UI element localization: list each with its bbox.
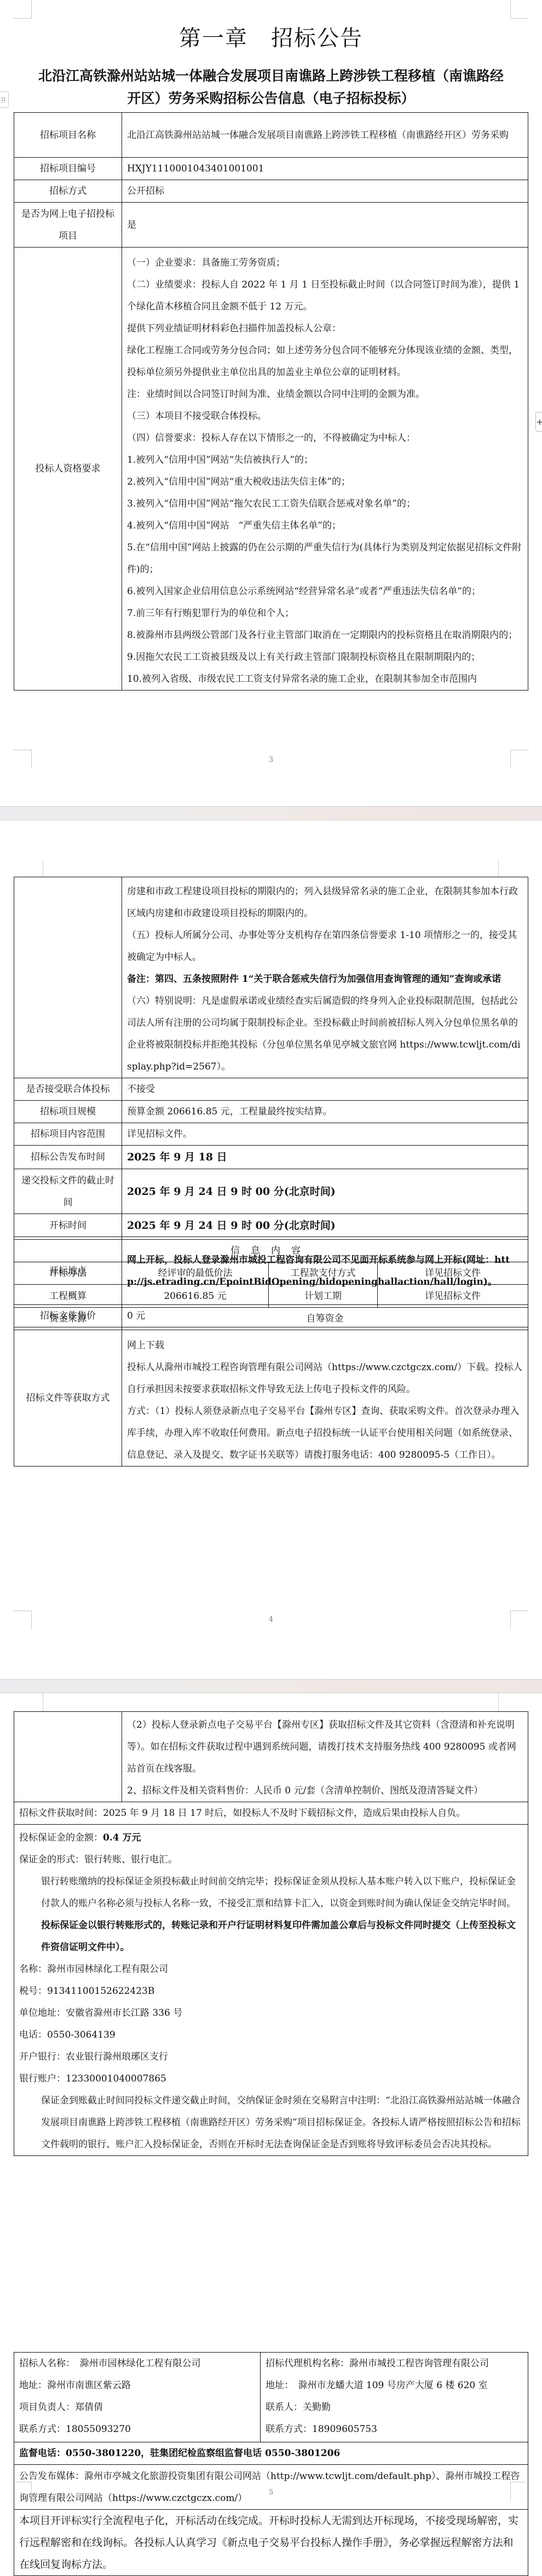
crop-mark (498, 860, 499, 877)
text-line: 网上下载 (127, 1335, 523, 1356)
row-value: 公开招标 (122, 180, 528, 203)
row-value: 详见招标文件 (378, 1262, 528, 1285)
table-row: 投标人资格要求 （一）企业要求：具备施工劳务资质； （二）业绩要求：投标人自 2… (14, 248, 528, 691)
table-row: 招标文件等获取方式 网上下载 投标人从滁州市城投工程咨询管理有限公司网站（htt… (14, 1330, 528, 1467)
table-row: 是否为网上电子招投标项目 是 (14, 203, 528, 248)
row-value: 是 (122, 203, 528, 248)
crop-mark (13, 0, 32, 19)
special-note: （六）特别说明：凡是虚假承诺或业绩经查实后属造假的终身列入企业投标限制范围，包括… (127, 990, 523, 1078)
row-value: 2025 年 9 月 24 日 9 时 00 分(北京时间) (122, 1214, 528, 1237)
table-row: 信息内容 (14, 1240, 528, 1262)
text-line: 4.被列入“信用中国”网站 “严重失信主体名单”的； (127, 515, 523, 537)
table-row: 本项目开评标实行全流程电子化，开标活动在线完成。开标时投标人无需到达开标现场，不… (14, 2510, 528, 2576)
agency-contact: 联系人：关勤勤 (266, 2396, 523, 2418)
table-move-handle[interactable] (0, 91, 9, 108)
deposit-amount-value: 0.4 万元 (103, 1832, 141, 1843)
obtain-content: 网上下载 投标人从滁州市城投工程咨询管理有限公司网站（https://www.c… (122, 1330, 528, 1467)
table-row: 招标公告发布时间 2025 年 9 月 18 日 (14, 1146, 528, 1169)
table-row: 开标时间 2025 年 9 月 24 日 9 时 00 分(北京时间) (14, 1214, 528, 1237)
row-label: 工程概算 (14, 1285, 122, 1308)
table-row: 是否接受联合体投标 不接受 (14, 1078, 528, 1101)
obtain-content-continued: （2）投标人登录新点电子交易平台【滁州专区】获取招标文件及其它资料（含澄清和补充… (122, 1712, 528, 1802)
table-row: 招标项目名称 北沿江高铁滁州站站城一体融合发展项目南谯路上跨涉铁工程移植（南谯路… (14, 113, 528, 158)
agency-info: 招标代理机构名称：滁州市城投工程咨询管理有限公司 地址： 滁州市龙蟠大道 109… (261, 2353, 528, 2442)
text-line: 1.被列入“信用中国”网站“失信被执行人”的； (127, 449, 523, 471)
row-label: 是否接受联合体投标 (14, 1078, 122, 1101)
text-line: （三）本项目不接受联合体投标。 (127, 405, 523, 427)
row-value: 2025 年 9 月 18 日 (122, 1146, 528, 1169)
add-row-button[interactable]: + (535, 412, 542, 432)
deposit-form: 保证金的形式：银行转账、银行电汇。 (19, 1849, 523, 1871)
row-label: 资金来源 (14, 1308, 122, 1330)
announcement-table-part-1: 招标项目名称 北沿江高铁滁州站站城一体融合发展项目南谯路上跨涉铁工程移植（南谯路… (14, 112, 528, 691)
account-name: 名称：滁州市园林绿化工程有限公司 (19, 1958, 523, 1980)
qualification-content-continued: 房建和市政工程建设项目投标的期限内的；列入县级异常名录的施工企业，在限制其参加本… (122, 877, 528, 1078)
page-number: 3 (0, 756, 542, 764)
row-label: 工程款支付方式 (269, 1262, 378, 1285)
text-line: 3.被列入“信用中国”网站“拖欠农民工工资失信联合惩戒对象名单”的； (127, 493, 523, 515)
unit-address: 单位地址：安徽省滁州市长江路 336 号 (19, 2002, 523, 2024)
row-value: HXJY1110001043401001001 (122, 158, 528, 180)
page-break (0, 806, 542, 820)
tenderer-address: 地址：滁州市南谯区紫云路 (19, 2374, 255, 2396)
agency-address: 地址： 滁州市龙蟠大道 109 号房产大厦 6 楼 620 室 (266, 2374, 523, 2396)
tenderer-info: 招标人名称： 滁州市园林绿化工程有限公司 地址：滁州市南谯区紫云路 项目负责人：… (14, 2353, 261, 2442)
table-row: （2）投标人登录新点电子交易平台【滁州专区】获取招标文件及其它资料（含澄清和补充… (14, 1712, 528, 1802)
qualification-content: （一）企业要求：具备施工劳务资质； （二）业绩要求：投标人自 2022 年 1 … (122, 248, 528, 691)
tenderer-name: 招标人名称： 滁州市园林绿化工程有限公司 (19, 2353, 255, 2374)
row-value: 206616.85 元 (122, 1285, 269, 1308)
deposit-bold-rule: 投标保证金以银行转账形式的，转账记录和开户行证明材料复印件需加盖公章后与投标文件… (19, 1914, 523, 1958)
contacts-table: 招标人名称： 滁州市园林绿化工程有限公司 地址：滁州市南谯区紫云路 项目负责人：… (14, 2352, 528, 2576)
document-title: 北沿江高铁滁州站站城一体融合发展项目南谯路上跨涉铁工程移植（南谯路经开区）劳务采… (38, 65, 504, 110)
deposit-section: 投标保证金的金额：0.4 万元 保证金的形式：银行转账、银行电汇。 银行转账缴纳… (14, 1825, 528, 2156)
table-row: 投标保证金的金额：0.4 万元 保证金的形式：银行转账、银行电汇。 银行转账缴纳… (14, 1825, 528, 2156)
text-line: 方式：（1）投标人须登录新点电子交易平台【滁州专区】查询、获取采购文件。首次登录… (127, 1400, 523, 1466)
text-line: 投标人从滁州市城投工程咨询管理有限公司网站（https://www.czctgc… (127, 1356, 523, 1400)
bank-account: 银行账户：12330001040007865 (19, 2068, 523, 2090)
text-line: 5.在“信用中国”网站上披露的仍在公示期的严重失信行为(具体行为类别及判定依据见… (127, 537, 523, 580)
tenderer-contact: 项目负责人：郑倩倩 (19, 2396, 255, 2418)
text-line: 6.被列入国家企业信用信息公示系统网站“经营异常名录”或者“严重违法失信名单”的… (127, 580, 523, 602)
row-value: 经评审的最低价法 (122, 1262, 269, 1285)
crop-mark (498, 1693, 499, 1711)
agency-name: 招标代理机构名称：滁州市城投工程咨询管理有限公司 (266, 2353, 523, 2374)
remark-text: 备注：第四、五条按照附件 1“关于联合惩戒失信行为加强信用查询管理的通知”查询或… (127, 968, 523, 990)
text-line: （四）信誉要求：投标人存在以下情形之一的，不得被确定为中标人： (127, 427, 523, 449)
table-row: 招标人名称： 滁州市园林绿化工程有限公司 地址：滁州市南谯区紫云路 项目负责人：… (14, 2353, 528, 2442)
crop-mark (510, 0, 529, 19)
row-label: 计划工期 (269, 1285, 378, 1308)
table-row: 资金来源 自筹资金 (14, 1308, 528, 1330)
page-break (0, 1679, 542, 1693)
text-line: 提供下列业绩证明材料彩色扫描件加盖投标人公章： (127, 318, 523, 340)
row-label: 招标项目内容范围 (14, 1123, 122, 1146)
table-row: 递交投标文件的截止时间 2025 年 9 月 24 日 9 时 00 分(北京时… (14, 1169, 528, 1214)
text-line: 9.因拖欠农民工工资被县级及以上有关行政主管部门限制投标资格且在限制期限内的； (127, 646, 523, 668)
row-label: 是否为网上电子招投标项目 (14, 203, 122, 248)
row-value: 详见招标文件。 (122, 1123, 528, 1146)
row-label: 投标人资格要求 (14, 248, 122, 691)
row-label-continued (14, 877, 122, 1078)
deposit-note: 保证金到账截止时间同投标文件递交截止时间，交纳保证金时须在交易附言中注明：“北沿… (19, 2090, 523, 2155)
table-row: 招标项目内容范围 详见招标文件。 (14, 1123, 528, 1146)
page-number: 4 (0, 1615, 542, 1624)
tenderer-phone: 联系方式：18055093270 (19, 2418, 255, 2440)
chapter-title: 第一章 招标公告 (0, 21, 542, 52)
text-line: 7.前三年有行贿犯罪行为的单位和个人； (127, 602, 523, 624)
table-row: 招标文件获取时间：2025 年 9 月 18 日 17 时后，如投标人不及时下载… (14, 1802, 528, 1825)
publish-media: 公告发布媒体：滁州市亭城文化旅游投资集团有限公司网站（http://www.tc… (14, 2465, 528, 2510)
plus-icon: + (536, 417, 542, 427)
row-label: 招标项目名称 (14, 113, 122, 158)
supervision-phone: 监督电话：0550-3801220，驻集团纪检监察组监督电话 0550-3801… (14, 2442, 528, 2465)
row-label: 评标办法 (14, 1262, 122, 1285)
announcement-table-part-3: （2）投标人登录新点电子交易平台【滁州专区】获取招标文件及其它资料（含澄清和补充… (14, 1711, 528, 2156)
table-row: 评标办法 经评审的最低价法 工程款支付方式 详见招标文件 (14, 1262, 528, 1285)
deposit-rule: 银行转账缴纳的投标保证金须投标截止时间前交纳完毕；投标保证金须从投标人基本账户转… (19, 1871, 523, 1914)
row-label: 开标时间 (14, 1214, 122, 1237)
row-value: 不接受 (122, 1078, 528, 1101)
table-row: 工程概算 206616.85 元 计划工期 详见招标文件 (14, 1285, 528, 1308)
table-row: 房建和市政工程建设项目投标的期限内的；列入县级异常名录的施工企业，在限制其参加本… (14, 877, 528, 1078)
bank-name: 开户银行：农业银行滁州琅琊区支行 (19, 2046, 523, 2068)
text-line: 10.被列入省级、市级农民工工资支付异常名录的施工企业，在限制其参加全市范围内 (127, 668, 523, 690)
text-line: 房建和市政工程建设项目投标的期限内的；列入县级异常名录的施工企业，在限制其参加本… (127, 881, 523, 924)
agency-phone: 联系方式：18909605753 (266, 2418, 523, 2440)
text-line: （二）业绩要求：投标人自 2022 年 1 月 1 日至投标截止时间（以合同签订… (127, 274, 523, 318)
text-line: 注：业绩时间以合同签订时间为准、业绩金额以合同中注明的金额为准。 (127, 383, 523, 405)
deposit-amount-label: 投标保证金的金额： (19, 1832, 103, 1843)
grip-dots-icon (1, 97, 5, 102)
row-value: 北沿江高铁滁州站站城一体融合发展项目南谯路上跨涉铁工程移植（南谯路经开区）劳务采… (122, 113, 528, 158)
crop-mark (43, 1693, 43, 1711)
row-value: 自筹资金 (122, 1308, 528, 1330)
row-label: 招标项目规模 (14, 1101, 122, 1123)
text-line: （一）企业要求：具备施工劳务资质； (127, 252, 523, 274)
row-value: 2025 年 9 月 24 日 9 时 00 分(北京时间) (122, 1169, 528, 1214)
page-number: 5 (0, 2488, 542, 2497)
tax-number: 税号：91341100152622423B (19, 1980, 523, 2002)
row-label: 招标方式 (14, 180, 122, 203)
phone: 电话：0550-3064139 (19, 2024, 523, 2046)
table-row: 招标项目规模 预算金额 206616.85 元，工程量最终按实结算。 (14, 1101, 528, 1123)
obtain-time: 招标文件获取时间：2025 年 9 月 18 日 17 时后，如投标人不及时下载… (14, 1802, 528, 1825)
row-label: 递交投标文件的截止时间 (14, 1169, 122, 1214)
row-label: 招标公告发布时间 (14, 1146, 122, 1169)
table-row: 招标项目编号 HXJY1110001043401001001 (14, 158, 528, 180)
text-line: 2.被列入“信用中国”网站“重大税收违法失信主体”的； (127, 471, 523, 493)
deposit-amount: 投标保证金的金额：0.4 万元 (19, 1827, 523, 1849)
document-page-1: + 第一章 招标公告 北沿江高铁滁州站站城一体融合发展项目南谯路上跨涉铁工程移植… (0, 0, 542, 806)
final-note: 本项目开评标实行全流程电子化，开标活动在线完成。开标时投标人无需到达开标现场，不… (14, 2510, 528, 2576)
row-label: 招标文件等获取方式 (14, 1330, 122, 1467)
row-label-continued (14, 1712, 122, 1802)
row-value: 详见招标文件 (378, 1285, 528, 1308)
text-line: （五）投标人所属分公司、办事处等分支机构存在第四条信誉要求 1-10 项情形之一… (127, 924, 523, 968)
table-row: 公告发布媒体：滁州市亭城文化旅游投资集团有限公司网站（http://www.tc… (14, 2465, 528, 2510)
text-line: （2）投标人登录新点电子交易平台【滁州专区】获取招标文件及其它资料（含澄清和补充… (127, 1714, 523, 1780)
document-page-3: （2）投标人登录新点电子交易平台【滁州专区】获取招标文件及其它资料（含澄清和补充… (0, 1693, 542, 2522)
text-line: 2、招标文件及相关资料售价：人民币 0 元/套（含清单控制价、图纸及澄清答疑文件… (127, 1780, 523, 1802)
row-label: 招标项目编号 (14, 158, 122, 180)
row-value: 预算金额 206616.85 元，工程量最终按实结算。 (122, 1101, 528, 1123)
crop-mark (43, 860, 43, 877)
text-line: 8.被滁州市县两级公管部门及各行业主管部门取消在一定期限内的投标资格且在取消期限… (127, 624, 523, 646)
table-row: 监督电话：0550-3801220，驻集团纪检监察组监督电话 0550-3801… (14, 2442, 528, 2465)
document-page-2: 房建和市政工程建设项目投标的期限内的；列入县级异常名录的施工企业，在限制其参加本… (0, 820, 542, 1679)
table-row: 招标方式 公开招标 (14, 180, 528, 203)
section-header: 信息内容 (14, 1240, 528, 1262)
info-content-table: 信息内容 评标办法 经评审的最低价法 工程款支付方式 详见招标文件 工程概算 2… (14, 1239, 528, 1467)
text-line: 绿化工程施工合同或劳务分包合同；如上述劳务分包合同不能够充分体现该业绩的金额、类… (127, 340, 523, 383)
